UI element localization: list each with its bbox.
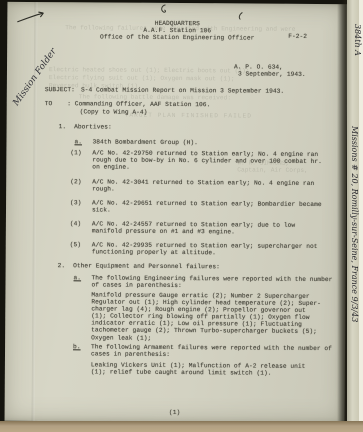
table-surface-strip (0, 421, 363, 432)
section-2-number: 2. (58, 262, 66, 269)
subsection-1a: a. 384th Bombardment Group (H). (74, 138, 294, 147)
item-text: A/C No. 42-24557 returned to Station ear… (92, 220, 295, 235)
item-number: (5) (70, 241, 81, 248)
handwritten-margin-note: Missions # 20, Romilly-sur-Seine, France… (350, 126, 359, 426)
copy-note: (Copy to Wing A-4) (80, 108, 148, 116)
item-text: A/C No. 42-29651 returned to Station ear… (92, 199, 322, 213)
abortive-item: (5) A/C No. 42-29935 returned to Station… (70, 241, 322, 257)
item-text: A/C No. 42-3041 returned to Station earl… (92, 178, 314, 192)
ink-mark (157, 4, 169, 16)
page-number: (1) (5, 408, 345, 417)
engineering-failures-paragraph: Manifold pressure Gauge erratic (2); Num… (91, 291, 323, 342)
item-number: (4) (70, 220, 81, 227)
subsection-2a-intro: The following Engineering failures were … (91, 274, 332, 289)
document-page: The following failures were reported wit… (5, 2, 348, 423)
ink-mark (233, 11, 245, 21)
subject-label: SUBJECT: (45, 86, 75, 93)
section-2-title: Other Equipment and Personnel failures: (73, 262, 220, 270)
subsection-2b-letter: b. (73, 343, 81, 350)
handwritten-arrow-icon (15, 9, 49, 25)
abortive-item: (4) A/C No. 42-24557 returned to Station… (70, 220, 322, 236)
subsection-2a-letter: a. (74, 274, 82, 281)
item-number: (2) (70, 178, 81, 185)
subsection-1a-text: 384th Bombardment Group (H). (92, 138, 197, 146)
to-text: : Commanding Officer, AAF Station 106. (67, 100, 210, 108)
handwritten-corner-note: 384th A (353, 24, 362, 120)
to-row: TO : Commanding Officer, AAF Station 106… (45, 100, 211, 108)
section-1-number: 1. (59, 123, 67, 130)
abortive-item: (2) A/C No. 42-3041 returned to Station … (70, 178, 322, 194)
subsection-2b: b. The following Armament failures were … (73, 343, 335, 359)
item-number: (3) (70, 199, 81, 206)
bleed-through-text: Electric heated shoes out (1); Electric … (49, 66, 250, 74)
item-text: A/C No. 42-29750 returned to Station ear… (92, 149, 322, 170)
section-1-heading: 1. Abortives: (59, 123, 112, 130)
apo-date-block: A. P. O. 634, 3 September, 1943. (234, 63, 306, 78)
abortive-item: (3) A/C No. 42-29651 returned to Station… (70, 199, 322, 215)
subsection-2a: a. The following Engineering failures we… (73, 274, 335, 290)
scanned-document: The following failures were reported wit… (0, 0, 363, 432)
to-label: TO (45, 100, 53, 107)
abortive-item: (1) A/C No. 42-29750 returned to Station… (70, 149, 322, 172)
subsection-2b-intro: The following Armament failures were rep… (91, 343, 332, 358)
subject-text: S-4 Combat Mission Report on Mission 3 S… (81, 86, 284, 95)
section-2-heading: 2. Other Equipment and Personnel failure… (58, 262, 220, 270)
item-text: A/C No. 42-29935 returned to Station ear… (92, 241, 318, 256)
section-1-title: Abortives: (74, 123, 112, 130)
file-reference: F-2-2 (288, 33, 307, 40)
date-line: 3 September, 1943. (238, 71, 306, 79)
armament-failures-paragraph: Leaking Vickers Unit (1); Malfunction of… (91, 361, 323, 377)
bleed-through-text: Electric flying suit out (1); Oxygen mas… (49, 74, 235, 82)
item-number: (1) (70, 149, 81, 156)
subsection-1a-letter: a. (74, 138, 82, 145)
